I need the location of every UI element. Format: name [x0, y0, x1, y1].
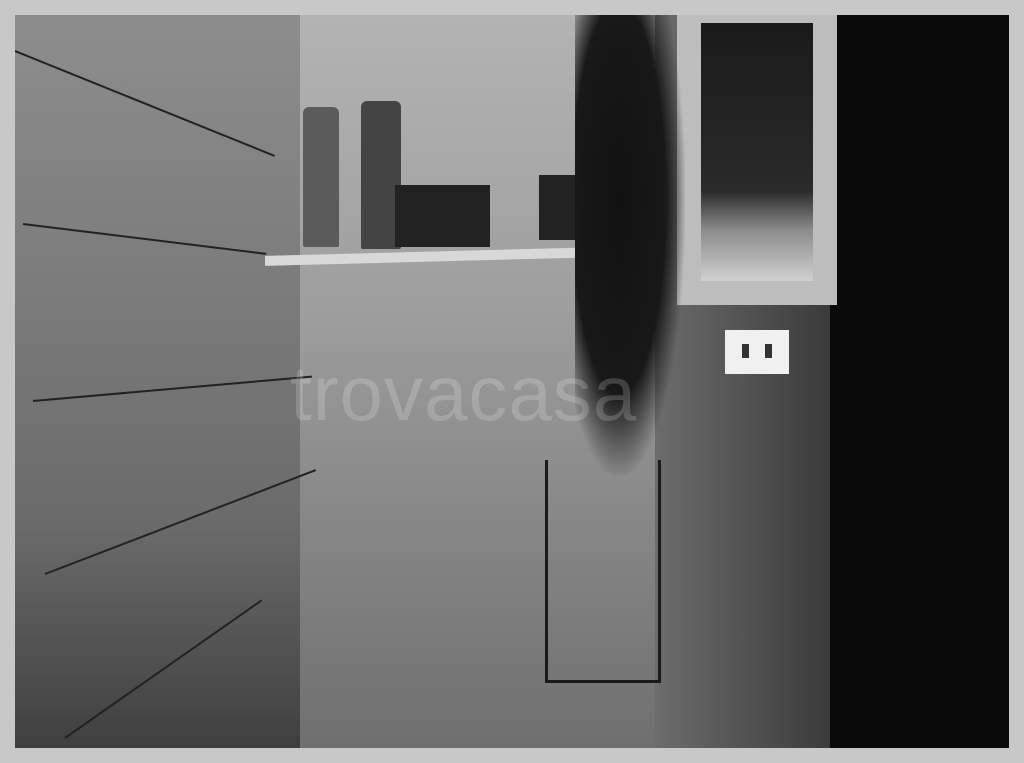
wall-panel-outline	[545, 460, 661, 683]
light-switch	[725, 330, 789, 374]
tiled-wall-left	[15, 15, 315, 748]
shelf-item	[395, 185, 490, 247]
listing-photo: trovacasa	[15, 15, 1009, 748]
window-glass	[701, 23, 813, 281]
watermark: trovacasa	[290, 348, 637, 439]
dark-corner	[830, 15, 1009, 748]
bottle	[303, 107, 339, 247]
